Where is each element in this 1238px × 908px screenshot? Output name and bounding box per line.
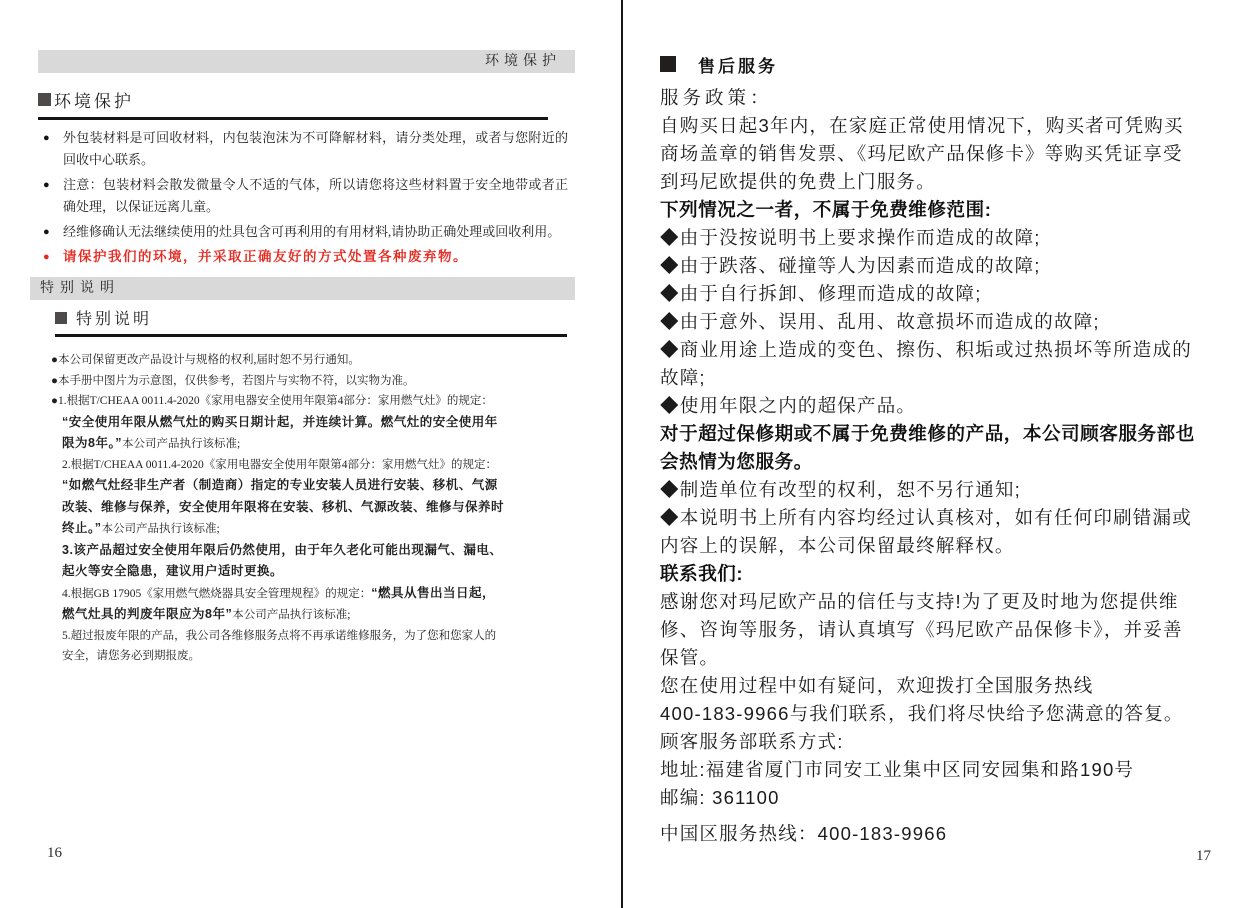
fineprint-line: 4.根据GB 17905《家用燃气燃烧器具安全管理规程》的规定：“燃具从售出当日… [62, 583, 562, 605]
fineprint-line: 安全，请您务必到期报废。 [62, 646, 562, 667]
fineprint-text: ●1.根据T/CHEAA 0011.4-2020《家用电器安全使用年限第4部分：… [51, 395, 493, 407]
fineprint-line: ●本手册中图片为示意图，仅供参考，若图片与实物不符，以实物为准。 [62, 371, 562, 392]
fineprint-text: ●本手册中图片为示意图，仅供参考，若图片与实物不符，以实物为准。 [51, 375, 414, 387]
notice-item: 内容上的误解，本公司保留最终解释权。 [660, 532, 1216, 560]
special-notes-banner: 特别说明 [30, 277, 575, 300]
fineprint-text: 改装、维修与保养，安全使用年限将在安装、移机、气源改装、维修与保养时 [62, 500, 504, 514]
fineprint-line: 改装、维修与保养，安全使用年限将在安装、移机、气源改装、维修与保养时 [62, 497, 562, 519]
running-header-title: 环境保护 [485, 54, 561, 69]
fineprint-line: 燃气灶具的判废年限应为8年”本公司产品执行该标准; [62, 604, 562, 626]
fineprint-line: “如燃气灶经非生产者（制造商）指定的专业安装人员进行安装、移机、气源 [62, 475, 562, 497]
exclusion-item: ◆使用年限之内的超保产品。 [660, 392, 1216, 420]
fineprint-line: 5.超过报废年限的产品，我公司各维修服务点将不再承诺维修服务，为了您和您家人的 [62, 626, 562, 647]
square-bullet-icon [55, 312, 67, 324]
contact-line: 修、咨询等服务，请认真填写《玛尼欧产品保修卡》，并妥善 [660, 616, 1216, 644]
notice-item: ◆制造单位有改型的权利，恕不另行通知; [660, 476, 1216, 504]
after-sales-title-text: 售后服务 [698, 52, 778, 77]
after-sales-title: 售后服务 [660, 52, 1216, 76]
service-policy-heading: 服务政策： [660, 84, 1216, 112]
exclusion-heading: 下列情况之一者，不属于免费维修范围: [660, 196, 1216, 224]
out-of-warranty-line: 对于超过保修期或不属于免费维修的产品，本公司顾客服务部也 [660, 420, 1216, 448]
square-bullet-icon [660, 56, 676, 72]
fineprint-line: “安全使用年限从燃气灶的购买日期计起，并连续计算。燃气灶的安全使用年 [62, 412, 562, 434]
page-divider [621, 0, 623, 908]
exclusion-item: ◆由于没按说明书上要求操作而造成的故障; [660, 224, 1216, 252]
special-notes-text: ●本公司保留更改产品设计与规格的权利,届时恕不另行通知。 ●本手册中图片为示意图… [38, 350, 562, 667]
fineprint-text: “安全使用年限从燃气灶的购买日期计起，并连续计算。燃气灶的安全使用年 [62, 415, 498, 429]
fineprint-text: 燃气灶具的判废年限应为8年” [62, 607, 232, 621]
section-heading-text: 环境保护 [54, 87, 134, 112]
service-policy-line: 到玛尼欧提供的免费上门服务。 [660, 168, 1216, 196]
fineprint-line: ●本公司保留更改产品设计与规格的权利,届时恕不另行通知。 [62, 350, 562, 371]
fineprint-line: 终止。”本公司产品执行该标准; [62, 518, 562, 540]
fineprint-text: “燃具从售出当日起， [371, 586, 495, 600]
contact-line: 400-183-9966与我们联系，我们将尽快给予您满意的答复。 [660, 700, 1216, 728]
service-policy-line: 自购买日起3年内，在家庭正常使用情况下，购买者可凭购买 [660, 112, 1216, 140]
fineprint-text: 本公司产品执行该标准; [232, 609, 350, 621]
running-header-banner: 环境保护 [38, 50, 575, 73]
fineprint-text: 安全，请您务必到期报废。 [62, 650, 200, 662]
exclusion-item: ◆由于自行拆卸、修理而造成的故障; [660, 280, 1216, 308]
fineprint-line: ●1.根据T/CHEAA 0011.4-2020《家用电器安全使用年限第4部分：… [62, 391, 562, 412]
contact-line: 感谢您对玛尼欧产品的信任与支持!为了更及时地为您提供维 [660, 588, 1216, 616]
special-notes-banner-title: 特别说明 [40, 281, 120, 296]
fineprint-text: ●本公司保留更改产品设计与规格的权利,届时恕不另行通知。 [51, 354, 360, 366]
exclusion-item: 故障; [660, 364, 1216, 392]
page-number-left: 16 [47, 845, 62, 862]
section-heading-environment: 环境保护 [38, 87, 548, 120]
section-heading-text: 特别说明 [76, 306, 152, 329]
contact-address-line: 地址:福建省厦门市同安工业集中区同安园集和路190号 [660, 756, 1216, 784]
list-item: 注意：包装材料会散发微量令人不适的气体，所以请您将这些材料置于安全地带或者正确处… [63, 174, 568, 218]
fineprint-text: 限为8年。” [62, 436, 122, 450]
contact-line: 顾客服务部联系方式: [660, 728, 1216, 756]
hotline-line: 中国区服务热线：400-183-9966 [660, 820, 1216, 848]
fineprint-line: 限为8年。”本公司产品执行该标准; [62, 433, 562, 455]
list-item: 外包装材料是可回收材料，内包装泡沫为不可降解材料，请分类处理，或者与您附近的回收… [63, 127, 568, 171]
list-item-warning: 请保护我们的环境，并采取正确友好的方式处置各种废弃物。 [63, 246, 568, 268]
fineprint-line: 起火等安全隐患，建议用户适时更换。 [62, 561, 562, 583]
contact-line: 您在使用过程中如有疑问，欢迎拨打全国服务热线 [660, 672, 1216, 700]
fineprint-line: 3.该产品超过安全使用年限后仍然使用，由于年久老化可能出现漏气、漏电、 [62, 540, 562, 562]
out-of-warranty-line: 会热情为您服务。 [660, 448, 1216, 476]
contact-zipcode-line: 邮编: 361100 [660, 784, 1216, 812]
fineprint-text: 3.该产品超过安全使用年限后仍然使用，由于年久老化可能出现漏气、漏电、 [62, 543, 502, 557]
fineprint-text: 终止。” [62, 521, 102, 535]
contact-heading: 联系我们: [660, 560, 1216, 588]
section-heading-special-notes: 特别说明 [55, 306, 567, 337]
page-17: 售后服务 服务政策： 自购买日起3年内，在家庭正常使用情况下，购买者可凭购买 商… [660, 0, 1216, 848]
fineprint-text: 2.根据T/CHEAA 0011.4-2020《家用电器安全使用年限第4部分：家… [62, 459, 497, 471]
fineprint-text: 本公司产品执行该标准; [122, 438, 240, 450]
fineprint-text: 本公司产品执行该标准; [102, 523, 220, 535]
environment-bullet-list: 外包装材料是可回收材料，内包装泡沫为不可降解材料，请分类处理，或者与您附近的回收… [38, 127, 568, 268]
exclusion-item: ◆由于意外、误用、乱用、故意损坏而造成的故障; [660, 308, 1216, 336]
page-number-right: 17 [1196, 848, 1211, 865]
contact-line: 保管。 [660, 644, 1216, 672]
exclusion-item: ◆由于跌落、碰撞等人为因素而造成的故障; [660, 252, 1216, 280]
manual-spread: { "colors": { "accent_red": "#e62b22", "… [0, 0, 1238, 908]
notice-item: ◆本说明书上所有内容均经过认真核对，如有任何印刷错漏或 [660, 504, 1216, 532]
fineprint-text: 5.超过报废年限的产品，我公司各维修服务点将不再承诺维修服务，为了您和您家人的 [62, 630, 496, 642]
list-item: 经维修确认无法继续使用的灶具包含可再利用的有用材料,请协助正确处理或回收利用。 [63, 221, 568, 243]
page-16: 环境保护 环境保护 外包装材料是可回收材料，内包装泡沫为不可降解材料，请分类处理… [38, 0, 575, 667]
fineprint-text: 起火等安全隐患，建议用户适时更换。 [62, 564, 283, 578]
square-bullet-icon [38, 93, 51, 106]
fineprint-line: 2.根据T/CHEAA 0011.4-2020《家用电器安全使用年限第4部分：家… [62, 455, 562, 476]
service-policy-line: 商场盖章的销售发票、《玛尼欧产品保修卡》等购买凭证享受 [660, 140, 1216, 168]
exclusion-item: ◆商业用途上造成的变色、擦伤、积垢或过热损坏等所造成的 [660, 336, 1216, 364]
fineprint-text: 4.根据GB 17905《家用燃气燃烧器具安全管理规程》的规定： [62, 588, 371, 600]
fineprint-text: “如燃气灶经非生产者（制造商）指定的专业安装人员进行安装、移机、气源 [62, 478, 498, 492]
